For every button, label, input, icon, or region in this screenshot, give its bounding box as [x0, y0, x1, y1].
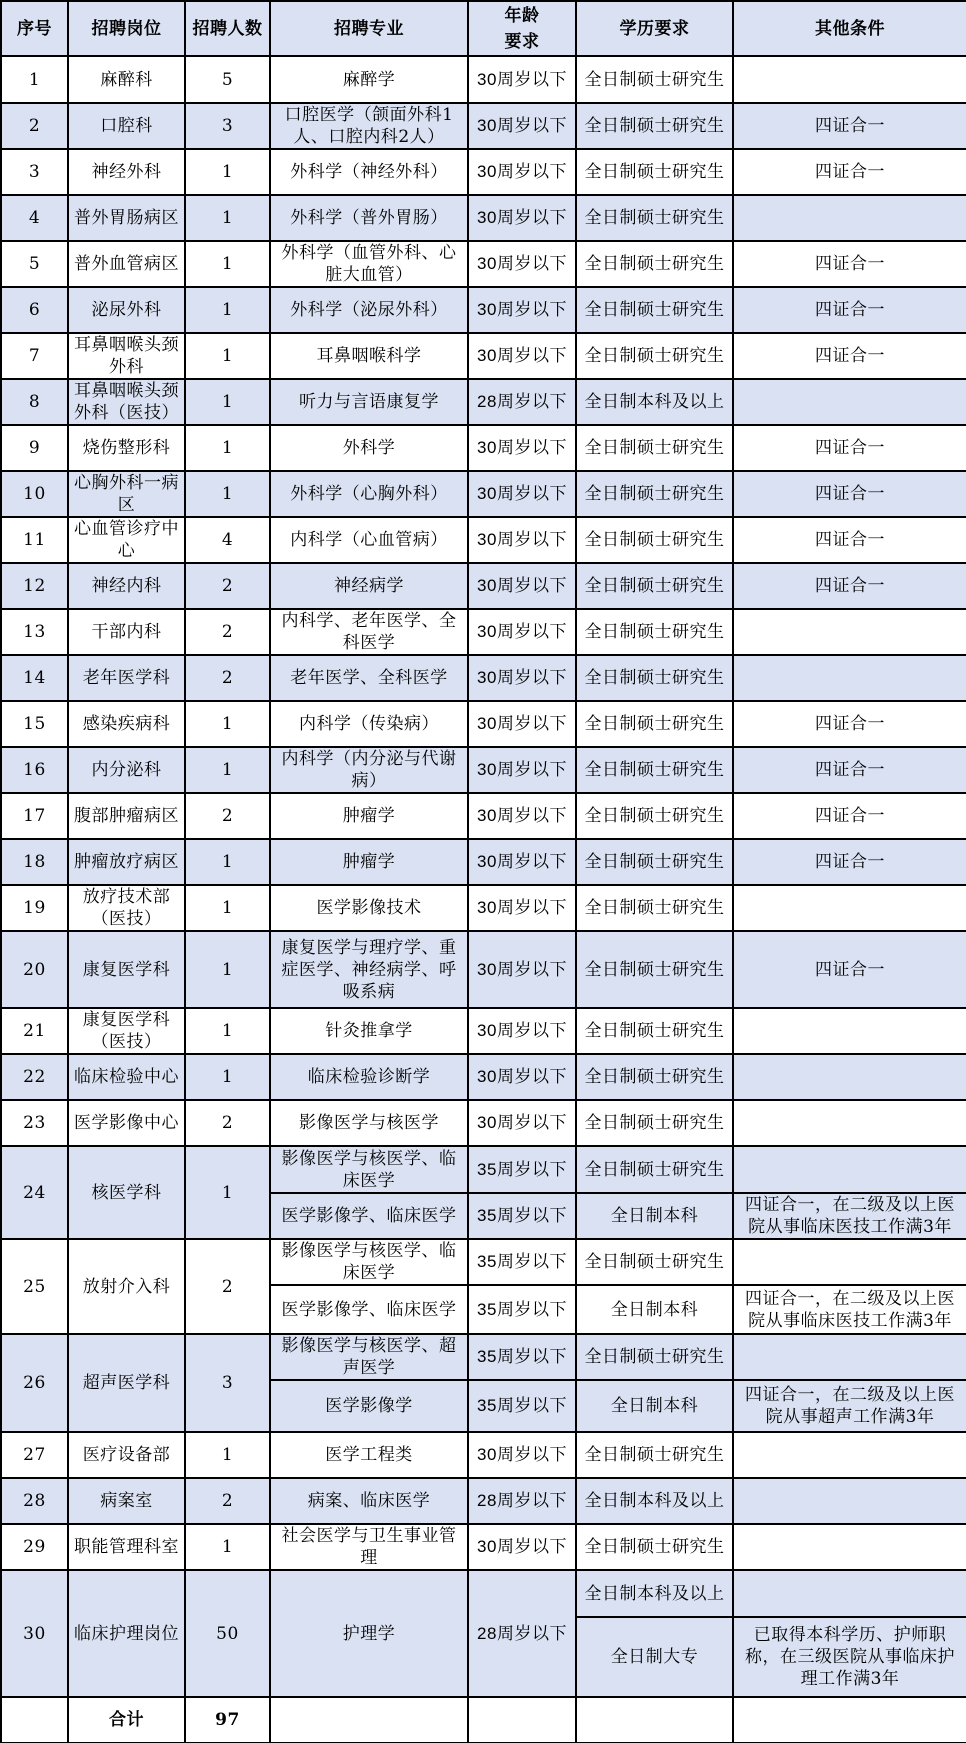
- cell-education: 全日制硕士研究生: [576, 1100, 733, 1146]
- cell-position: 临床检验中心: [68, 1054, 185, 1100]
- cell-position: 临床护理岗位: [68, 1570, 185, 1697]
- cell-count: 2: [185, 793, 270, 839]
- cell-age: 30周岁以下: [468, 425, 576, 471]
- cell-count: 2: [185, 609, 270, 655]
- table-row: 21 康复医学科（医技） 1 针灸推拿学 30周岁以下 全日制硕士研究生: [1, 1008, 966, 1054]
- cell-other: [733, 1239, 966, 1285]
- cell-count: 1: [185, 333, 270, 379]
- cell-seq: 22: [1, 1054, 68, 1100]
- cell-age: 30周岁以下: [468, 931, 576, 1008]
- total-education: [576, 1697, 733, 1743]
- cell-age: 35周岁以下: [468, 1380, 576, 1432]
- cell-major: 外科学（血管外科、心脏大血管）: [270, 241, 468, 287]
- cell-major: 康复医学与理疗学、重症医学、神经病学、呼吸系病: [270, 931, 468, 1008]
- cell-count: 1: [185, 1054, 270, 1100]
- table-row: 19 放疗技术部（医技） 1 医学影像技术 30周岁以下 全日制硕士研究生: [1, 885, 966, 931]
- cell-seq: 24: [1, 1146, 68, 1239]
- cell-education: 全日制硕士研究生: [576, 1146, 733, 1193]
- cell-seq: 10: [1, 471, 68, 517]
- cell-age: 30周岁以下: [468, 563, 576, 609]
- cell-seq: 12: [1, 563, 68, 609]
- header-age-line2: 要求: [472, 29, 572, 55]
- cell-seq: 2: [1, 103, 68, 149]
- header-other: 其他条件: [733, 1, 966, 56]
- table-row: 7 耳鼻咽喉头颈外科 1 耳鼻咽喉科学 30周岁以下 全日制硕士研究生 四证合一: [1, 333, 966, 379]
- cell-major: 外科学（普外胃肠）: [270, 195, 468, 241]
- cell-age: 28周岁以下: [468, 1478, 576, 1524]
- cell-age: 35周岁以下: [468, 1239, 576, 1285]
- cell-other: [733, 56, 966, 103]
- table-row: 1 麻醉科 5 麻醉学 30周岁以下 全日制硕士研究生: [1, 56, 966, 103]
- cell-count: 3: [185, 103, 270, 149]
- cell-major: 肿瘤学: [270, 793, 468, 839]
- cell-seq: 15: [1, 701, 68, 747]
- cell-education: 全日制硕士研究生: [576, 1524, 733, 1570]
- cell-seq: 23: [1, 1100, 68, 1146]
- cell-position: 泌尿外科: [68, 287, 185, 333]
- cell-age: 30周岁以下: [468, 655, 576, 701]
- cell-education: 全日制硕士研究生: [576, 333, 733, 379]
- cell-seq: 16: [1, 747, 68, 793]
- cell-major: 医学影像技术: [270, 885, 468, 931]
- cell-count: 1: [185, 747, 270, 793]
- cell-other: 四证合一: [733, 563, 966, 609]
- cell-major: 外科学（神经外科）: [270, 149, 468, 195]
- table-row: 16 内分泌科 1 内科学（内分泌与代谢病） 30周岁以下 全日制硕士研究生 四…: [1, 747, 966, 793]
- cell-education: 全日制本科及以上: [576, 1478, 733, 1524]
- cell-seq: 19: [1, 885, 68, 931]
- cell-position: 放射介入科: [68, 1239, 185, 1334]
- table-row: 2 口腔科 3 口腔医学（颌面外科1人、口腔内科2人） 30周岁以下 全日制硕士…: [1, 103, 966, 149]
- cell-education: 全日制硕士研究生: [576, 793, 733, 839]
- cell-age: 30周岁以下: [468, 885, 576, 931]
- cell-other: [733, 1054, 966, 1100]
- table-row: 8 耳鼻咽喉头颈外科（医技） 1 听力与言语康复学 28周岁以下 全日制本科及以…: [1, 379, 966, 425]
- cell-age: 30周岁以下: [468, 609, 576, 655]
- cell-age: 30周岁以下: [468, 517, 576, 563]
- cell-other: 四证合一: [733, 241, 966, 287]
- header-position: 招聘岗位: [68, 1, 185, 56]
- cell-position: 神经外科: [68, 149, 185, 195]
- cell-major: 临床检验诊断学: [270, 1054, 468, 1100]
- total-seq: [1, 1697, 68, 1743]
- cell-position: 肿瘤放疗病区: [68, 839, 185, 885]
- total-count: 97: [185, 1697, 270, 1743]
- cell-position: 心胸外科一病区: [68, 471, 185, 517]
- cell-count: 1: [185, 287, 270, 333]
- cell-seq: 28: [1, 1478, 68, 1524]
- cell-seq: 7: [1, 333, 68, 379]
- cell-major: 医学工程类: [270, 1432, 468, 1478]
- cell-education: 全日制本科: [576, 1380, 733, 1432]
- cell-other: [733, 1100, 966, 1146]
- cell-major: 外科学（泌尿外科）: [270, 287, 468, 333]
- cell-seq: 17: [1, 793, 68, 839]
- cell-education: 全日制本科及以上: [576, 1570, 733, 1617]
- cell-count: 1: [185, 1008, 270, 1054]
- cell-other: [733, 1524, 966, 1570]
- cell-position: 病案室: [68, 1478, 185, 1524]
- cell-count: 2: [185, 563, 270, 609]
- cell-count: 2: [185, 1239, 270, 1334]
- cell-seq: 13: [1, 609, 68, 655]
- table-row: 26 超声医学科 3 影像医学与核医学、超声医学 35周岁以下 全日制硕士研究生: [1, 1334, 966, 1380]
- cell-count: 1: [185, 931, 270, 1008]
- total-age: [468, 1697, 576, 1743]
- cell-education: 全日制硕士研究生: [576, 701, 733, 747]
- total-label: 合计: [68, 1697, 185, 1743]
- cell-position: 口腔科: [68, 103, 185, 149]
- cell-count: 4: [185, 517, 270, 563]
- cell-major: 内科学（传染病）: [270, 701, 468, 747]
- cell-seq: 21: [1, 1008, 68, 1054]
- cell-education: 全日制硕士研究生: [576, 287, 733, 333]
- cell-education: 全日制本科及以上: [576, 379, 733, 425]
- cell-position: 放疗技术部（医技）: [68, 885, 185, 931]
- cell-seq: 20: [1, 931, 68, 1008]
- cell-education: 全日制硕士研究生: [576, 931, 733, 1008]
- cell-position: 超声医学科: [68, 1334, 185, 1432]
- cell-other: 四证合一: [733, 425, 966, 471]
- cell-position: 医疗设备部: [68, 1432, 185, 1478]
- cell-age: 35周岁以下: [468, 1146, 576, 1193]
- cell-position: 医学影像中心: [68, 1100, 185, 1146]
- cell-position: 耳鼻咽喉头颈外科（医技）: [68, 379, 185, 425]
- cell-seq: 26: [1, 1334, 68, 1432]
- cell-major: 肿瘤学: [270, 839, 468, 885]
- cell-age: 30周岁以下: [468, 195, 576, 241]
- header-seq: 序号: [1, 1, 68, 56]
- cell-education: 全日制硕士研究生: [576, 747, 733, 793]
- cell-count: 50: [185, 1570, 270, 1697]
- cell-major: 内科学、老年医学、全科医学: [270, 609, 468, 655]
- cell-seq: 5: [1, 241, 68, 287]
- cell-age: 35周岁以下: [468, 1285, 576, 1334]
- cell-major: 社会医学与卫生事业管理: [270, 1524, 468, 1570]
- cell-education: 全日制硕士研究生: [576, 471, 733, 517]
- cell-other: 四证合一: [733, 747, 966, 793]
- table-row: 28 病案室 2 病案、临床医学 28周岁以下 全日制本科及以上: [1, 1478, 966, 1524]
- cell-other: 四证合一: [733, 701, 966, 747]
- cell-count: 1: [185, 1524, 270, 1570]
- cell-other: [733, 195, 966, 241]
- cell-seq: 6: [1, 287, 68, 333]
- cell-age: 35周岁以下: [468, 1334, 576, 1380]
- cell-education: 全日制硕士研究生: [576, 885, 733, 931]
- cell-count: 1: [185, 701, 270, 747]
- cell-age: 30周岁以下: [468, 1008, 576, 1054]
- table-row: 29 职能管理科室 1 社会医学与卫生事业管理 30周岁以下 全日制硕士研究生: [1, 1524, 966, 1570]
- cell-age: 35周岁以下: [468, 1193, 576, 1239]
- cell-position: 康复医学科（医技）: [68, 1008, 185, 1054]
- cell-education: 全日制硕士研究生: [576, 241, 733, 287]
- cell-seq: 11: [1, 517, 68, 563]
- cell-age: 30周岁以下: [468, 56, 576, 103]
- cell-position: 核医学科: [68, 1146, 185, 1239]
- cell-other: 四证合一，在二级及以上医院从事超声工作满3年: [733, 1380, 966, 1432]
- cell-position: 普外血管病区: [68, 241, 185, 287]
- cell-major: 医学影像学、临床医学: [270, 1285, 468, 1334]
- table-row: 22 临床检验中心 1 临床检验诊断学 30周岁以下 全日制硕士研究生: [1, 1054, 966, 1100]
- cell-other: [733, 609, 966, 655]
- cell-other: 四证合一: [733, 333, 966, 379]
- header-row: 序号 招聘岗位 招聘人数 招聘专业 年龄 要求 学历要求 其他条件: [1, 1, 966, 56]
- cell-education: 全日制硕士研究生: [576, 839, 733, 885]
- cell-other: 四证合一，在二级及以上医院从事临床医技工作满3年: [733, 1193, 966, 1239]
- table-row: 9 烧伤整形科 1 外科学 30周岁以下 全日制硕士研究生 四证合一: [1, 425, 966, 471]
- cell-count: 5: [185, 56, 270, 103]
- cell-position: 普外胃肠病区: [68, 195, 185, 241]
- cell-education: 全日制硕士研究生: [576, 517, 733, 563]
- cell-age: 30周岁以下: [468, 701, 576, 747]
- table-row: 3 神经外科 1 外科学（神经外科） 30周岁以下 全日制硕士研究生 四证合一: [1, 149, 966, 195]
- cell-education: 全日制硕士研究生: [576, 655, 733, 701]
- table-row: 25 放射介入科 2 影像医学与核医学、临床医学 35周岁以下 全日制硕士研究生: [1, 1239, 966, 1285]
- cell-position: 感染疾病科: [68, 701, 185, 747]
- cell-seq: 29: [1, 1524, 68, 1570]
- cell-age: 30周岁以下: [468, 1432, 576, 1478]
- cell-education: 全日制硕士研究生: [576, 609, 733, 655]
- cell-count: 1: [185, 839, 270, 885]
- cell-major: 口腔医学（颌面外科1人、口腔内科2人）: [270, 103, 468, 149]
- cell-other: [733, 1334, 966, 1380]
- table-row: 11 心血管诊疗中心 4 内科学（心血管病） 30周岁以下 全日制硕士研究生 四…: [1, 517, 966, 563]
- cell-count: 1: [185, 149, 270, 195]
- cell-major: 病案、临床医学: [270, 1478, 468, 1524]
- cell-age: 30周岁以下: [468, 747, 576, 793]
- cell-major: 护理学: [270, 1570, 468, 1697]
- cell-education: 全日制硕士研究生: [576, 1008, 733, 1054]
- table-row: 6 泌尿外科 1 外科学（泌尿外科） 30周岁以下 全日制硕士研究生 四证合一: [1, 287, 966, 333]
- table-row: 23 医学影像中心 2 影像医学与核医学 30周岁以下 全日制硕士研究生: [1, 1100, 966, 1146]
- cell-education: 全日制大专: [576, 1617, 733, 1697]
- cell-other: 四证合一: [733, 103, 966, 149]
- cell-other: [733, 379, 966, 425]
- cell-age: 30周岁以下: [468, 241, 576, 287]
- table-row: 27 医疗设备部 1 医学工程类 30周岁以下 全日制硕士研究生: [1, 1432, 966, 1478]
- cell-count: 1: [185, 1146, 270, 1239]
- cell-count: 1: [185, 241, 270, 287]
- cell-position: 老年医学科: [68, 655, 185, 701]
- cell-major: 内科学（心血管病）: [270, 517, 468, 563]
- header-education: 学历要求: [576, 1, 733, 56]
- cell-other: 四证合一: [733, 931, 966, 1008]
- cell-major: 医学影像学: [270, 1380, 468, 1432]
- table-row: 24 核医学科 1 影像医学与核医学、临床医学 35周岁以下 全日制硕士研究生: [1, 1146, 966, 1193]
- cell-education: 全日制硕士研究生: [576, 425, 733, 471]
- cell-seq: 3: [1, 149, 68, 195]
- cell-education: 全日制硕士研究生: [576, 195, 733, 241]
- cell-education: 全日制硕士研究生: [576, 1334, 733, 1380]
- table-row: 5 普外血管病区 1 外科学（血管外科、心脏大血管） 30周岁以下 全日制硕士研…: [1, 241, 966, 287]
- table-row: 18 肿瘤放疗病区 1 肿瘤学 30周岁以下 全日制硕士研究生 四证合一: [1, 839, 966, 885]
- cell-seq: 8: [1, 379, 68, 425]
- cell-seq: 18: [1, 839, 68, 885]
- cell-age: 30周岁以下: [468, 333, 576, 379]
- cell-major: 老年医学、全科医学: [270, 655, 468, 701]
- cell-position: 干部内科: [68, 609, 185, 655]
- cell-seq: 27: [1, 1432, 68, 1478]
- cell-seq: 4: [1, 195, 68, 241]
- cell-count: 1: [185, 425, 270, 471]
- recruitment-table: 序号 招聘岗位 招聘人数 招聘专业 年龄 要求 学历要求 其他条件 1 麻醉科 …: [0, 0, 966, 1743]
- cell-age: 30周岁以下: [468, 1524, 576, 1570]
- cell-age: 30周岁以下: [468, 149, 576, 195]
- cell-seq: 14: [1, 655, 68, 701]
- cell-count: 1: [185, 195, 270, 241]
- cell-other: 四证合一: [733, 839, 966, 885]
- cell-major: 针灸推拿学: [270, 1008, 468, 1054]
- cell-other: 四证合一: [733, 471, 966, 517]
- table-row: 12 神经内科 2 神经病学 30周岁以下 全日制硕士研究生 四证合一: [1, 563, 966, 609]
- cell-age: 30周岁以下: [468, 839, 576, 885]
- cell-major: 耳鼻咽喉科学: [270, 333, 468, 379]
- cell-age: 30周岁以下: [468, 793, 576, 839]
- cell-other: [733, 655, 966, 701]
- cell-major: 麻醉学: [270, 56, 468, 103]
- header-major: 招聘专业: [270, 1, 468, 56]
- table-row: 20 康复医学科 1 康复医学与理疗学、重症医学、神经病学、呼吸系病 30周岁以…: [1, 931, 966, 1008]
- cell-major: 影像医学与核医学、超声医学: [270, 1334, 468, 1380]
- cell-other: 四证合一: [733, 517, 966, 563]
- table-row: 14 老年医学科 2 老年医学、全科医学 30周岁以下 全日制硕士研究生: [1, 655, 966, 701]
- cell-count: 2: [185, 1100, 270, 1146]
- cell-major: 外科学（心胸外科）: [270, 471, 468, 517]
- cell-position: 麻醉科: [68, 56, 185, 103]
- cell-seq: 1: [1, 56, 68, 103]
- cell-major: 影像医学与核医学、临床医学: [270, 1146, 468, 1193]
- table-row: 17 腹部肿瘤病区 2 肿瘤学 30周岁以下 全日制硕士研究生 四证合一: [1, 793, 966, 839]
- cell-education: 全日制本科: [576, 1193, 733, 1239]
- cell-count: 1: [185, 379, 270, 425]
- cell-education: 全日制硕士研究生: [576, 56, 733, 103]
- cell-count: 2: [185, 1478, 270, 1524]
- cell-age: 30周岁以下: [468, 1054, 576, 1100]
- cell-position: 耳鼻咽喉头颈外科: [68, 333, 185, 379]
- cell-count: 1: [185, 885, 270, 931]
- cell-count: 3: [185, 1334, 270, 1432]
- cell-seq: 30: [1, 1570, 68, 1697]
- cell-age: 28周岁以下: [468, 1570, 576, 1697]
- cell-education: 全日制硕士研究生: [576, 1432, 733, 1478]
- cell-education: 全日制硕士研究生: [576, 149, 733, 195]
- table-row: 10 心胸外科一病区 1 外科学（心胸外科） 30周岁以下 全日制硕士研究生 四…: [1, 471, 966, 517]
- header-age-line1: 年龄: [472, 3, 572, 29]
- cell-position: 职能管理科室: [68, 1524, 185, 1570]
- cell-other: 四证合一: [733, 149, 966, 195]
- cell-other: [733, 1146, 966, 1193]
- cell-education: 全日制硕士研究生: [576, 1054, 733, 1100]
- cell-other: [733, 1008, 966, 1054]
- cell-education: 全日制硕士研究生: [576, 1239, 733, 1285]
- cell-other: [733, 1432, 966, 1478]
- cell-position: 烧伤整形科: [68, 425, 185, 471]
- cell-major: 医学影像学、临床医学: [270, 1193, 468, 1239]
- cell-major: 影像医学与核医学: [270, 1100, 468, 1146]
- cell-other: [733, 885, 966, 931]
- cell-other: [733, 1570, 966, 1617]
- cell-age: 30周岁以下: [468, 1100, 576, 1146]
- cell-other: 四证合一: [733, 287, 966, 333]
- header-count: 招聘人数: [185, 1, 270, 56]
- cell-seq: 9: [1, 425, 68, 471]
- cell-position: 内分泌科: [68, 747, 185, 793]
- table-row: 13 干部内科 2 内科学、老年医学、全科医学 30周岁以下 全日制硕士研究生: [1, 609, 966, 655]
- cell-major: 影像医学与核医学、临床医学: [270, 1239, 468, 1285]
- table-row: 4 普外胃肠病区 1 外科学（普外胃肠） 30周岁以下 全日制硕士研究生: [1, 195, 966, 241]
- cell-education: 全日制硕士研究生: [576, 563, 733, 609]
- cell-age: 30周岁以下: [468, 103, 576, 149]
- total-other: [733, 1697, 966, 1743]
- cell-major: 神经病学: [270, 563, 468, 609]
- cell-position: 腹部肿瘤病区: [68, 793, 185, 839]
- cell-education: 全日制本科: [576, 1285, 733, 1334]
- cell-age: 30周岁以下: [468, 287, 576, 333]
- cell-other: 四证合一: [733, 793, 966, 839]
- cell-count: 1: [185, 1432, 270, 1478]
- cell-age: 30周岁以下: [468, 471, 576, 517]
- cell-count: 1: [185, 471, 270, 517]
- cell-count: 2: [185, 655, 270, 701]
- header-age: 年龄 要求: [468, 1, 576, 56]
- cell-position: 心血管诊疗中心: [68, 517, 185, 563]
- cell-other: 已取得本科学历、护师职称，在三级医院从事临床护理工作满3年: [733, 1617, 966, 1697]
- cell-other: 四证合一，在二级及以上医院从事临床医技工作满3年: [733, 1285, 966, 1334]
- total-row: 合计 97: [1, 1697, 966, 1743]
- cell-education: 全日制硕士研究生: [576, 103, 733, 149]
- cell-major: 内科学（内分泌与代谢病）: [270, 747, 468, 793]
- cell-position: 神经内科: [68, 563, 185, 609]
- cell-seq: 25: [1, 1239, 68, 1334]
- cell-position: 康复医学科: [68, 931, 185, 1008]
- table-row: 15 感染疾病科 1 内科学（传染病） 30周岁以下 全日制硕士研究生 四证合一: [1, 701, 966, 747]
- cell-major: 外科学: [270, 425, 468, 471]
- cell-major: 听力与言语康复学: [270, 379, 468, 425]
- total-major: [270, 1697, 468, 1743]
- table-row: 30 临床护理岗位 50 护理学 28周岁以下 全日制本科及以上: [1, 1570, 966, 1617]
- cell-age: 28周岁以下: [468, 379, 576, 425]
- cell-other: [733, 1478, 966, 1524]
